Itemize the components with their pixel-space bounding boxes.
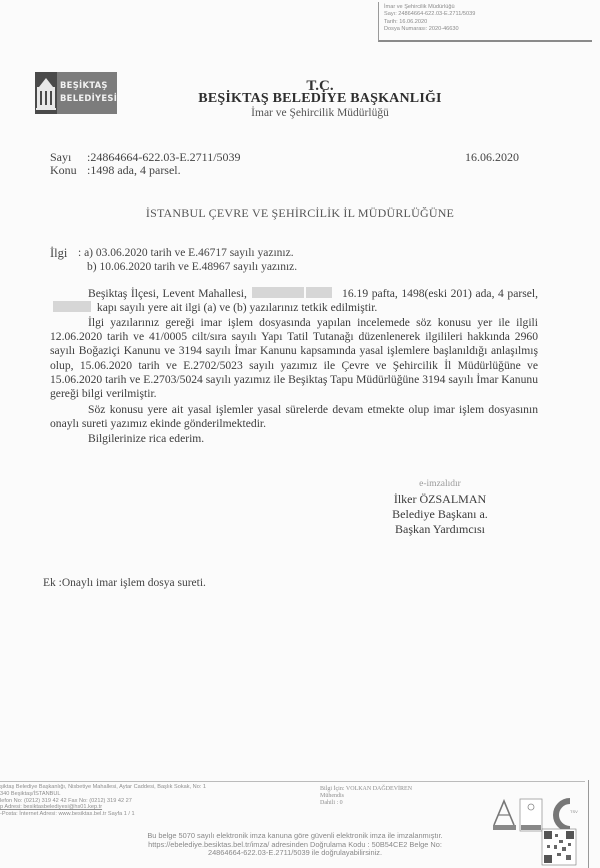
- document-stamp: İmar ve Şehircilik Müdürlüğü Sayı: 24864…: [378, 2, 592, 42]
- ilgi-b: b) 10.06.2020 tarih ve E.48967 sayılı ya…: [87, 261, 297, 273]
- building-emblem-icon: [35, 72, 57, 114]
- attachment-note: Ek :Onaylı imar işlem dosya sureti.: [43, 577, 206, 589]
- stamp-line: Dosya Numarası: 2020-46630: [384, 26, 592, 33]
- institution-name: BEŞİKTAŞ BELEDİYE BAŞKANLIĞI: [140, 91, 500, 107]
- signatory-title: Başkan Yardımcısı: [345, 522, 535, 537]
- body-paragraph-2: İlgi yazılarınız gereği imar işlem dosya…: [50, 316, 538, 401]
- redacted-block: [306, 287, 332, 298]
- stamp-line: Sayı: 24864664-622.03-E.2711/5039: [384, 11, 592, 18]
- info-line: Dahili : 0: [320, 800, 412, 807]
- stamp-line: Tarih: 16.06.2020: [384, 19, 592, 26]
- turkak-badge-icon: [520, 799, 542, 831]
- body-paragraph-1: Beşiktaş İlçesi, Levent Mahallesi, 16.19…: [50, 287, 538, 315]
- verification-note: Bu belge 5070 sayılı elektronik imza kan…: [105, 832, 485, 858]
- document-date: 16.06.2020: [465, 150, 519, 165]
- stamp-line: İmar ve Şehircilik Müdürlüğü: [384, 4, 592, 11]
- konu-label: Konu: [50, 163, 77, 178]
- body-paragraph-3: Söz konusu yere ait yasal işlemler yasal…: [50, 403, 538, 431]
- redacted-block: [53, 301, 91, 312]
- svg-text:TSV: TSV: [570, 809, 578, 814]
- redacted-block: [252, 287, 304, 298]
- logo-line: BELEDİYESİ: [60, 92, 117, 105]
- address-line: lefon No: (0212) 319 42 42 Fax No: (0212…: [0, 798, 206, 805]
- signatory-title: Belediye Başkanı a.: [345, 507, 535, 522]
- footer-contact-info: Bilgi İçin: VOLKAN DAĞDEVİREN Mühendis D…: [320, 786, 412, 807]
- department-name: İmar ve Şehircilik Müdürlüğü: [140, 107, 500, 119]
- verification-line: 24864664-622.03-E.2711/5039 ile doğrulay…: [105, 849, 485, 858]
- address-line: şiktaş Belediye Başkanlığı, Nisbetiye Ma…: [0, 784, 206, 791]
- footer-address: şiktaş Belediye Başkanlığı, Nisbetiye Ma…: [0, 784, 206, 818]
- municipality-logo: BEŞİKTAŞ BELEDİYESİ: [35, 72, 105, 114]
- footer-divider: [0, 781, 585, 782]
- signatory-name: İlker ÖZSALMAN: [345, 492, 535, 507]
- logo-text: BEŞİKTAŞ BELEDİYESİ: [57, 72, 117, 114]
- ilgi-a: : a) 03.06.2020 tarih ve E.46717 sayılı …: [78, 247, 294, 259]
- accessibility-badge-icon: [493, 801, 516, 830]
- e-signature-note: e-imzalıdır: [345, 477, 535, 492]
- ilgi-label: İlgi: [50, 246, 67, 261]
- address-line: 340 Beşiktaş/İSTANBUL: [0, 791, 206, 798]
- konu-value: :1498 ada, 4 parsel.: [87, 163, 181, 178]
- p1-text: kapı sayılı yere ait ilgi (a) ve (b) yaz…: [97, 301, 377, 314]
- p1-text: Beşiktaş İlçesi, Levent Mahallesi,: [88, 287, 247, 300]
- logo-line: BEŞİKTAŞ: [60, 79, 117, 92]
- website-line: -Posta: İnternet Adresi: www.besiktas.be…: [0, 811, 206, 818]
- p1-text: 16.19 pafta, 1498(eski 201) ada, 4 parse…: [342, 287, 538, 300]
- recipient: İSTANBUL ÇEVRE VE ŞEHİRCİLİK İL MÜDÜRLÜĞ…: [60, 206, 540, 221]
- info-line: Bilgi İçin: VOLKAN DAĞDEVİREN: [320, 786, 412, 793]
- qr-code-icon: [542, 829, 576, 865]
- certification-badges: TSV: [490, 795, 590, 868]
- body-paragraph-4: Bilgilerinize rica ederim.: [50, 432, 538, 446]
- info-line: Mühendis: [320, 793, 412, 800]
- tse-badge-icon: TSV: [556, 801, 578, 829]
